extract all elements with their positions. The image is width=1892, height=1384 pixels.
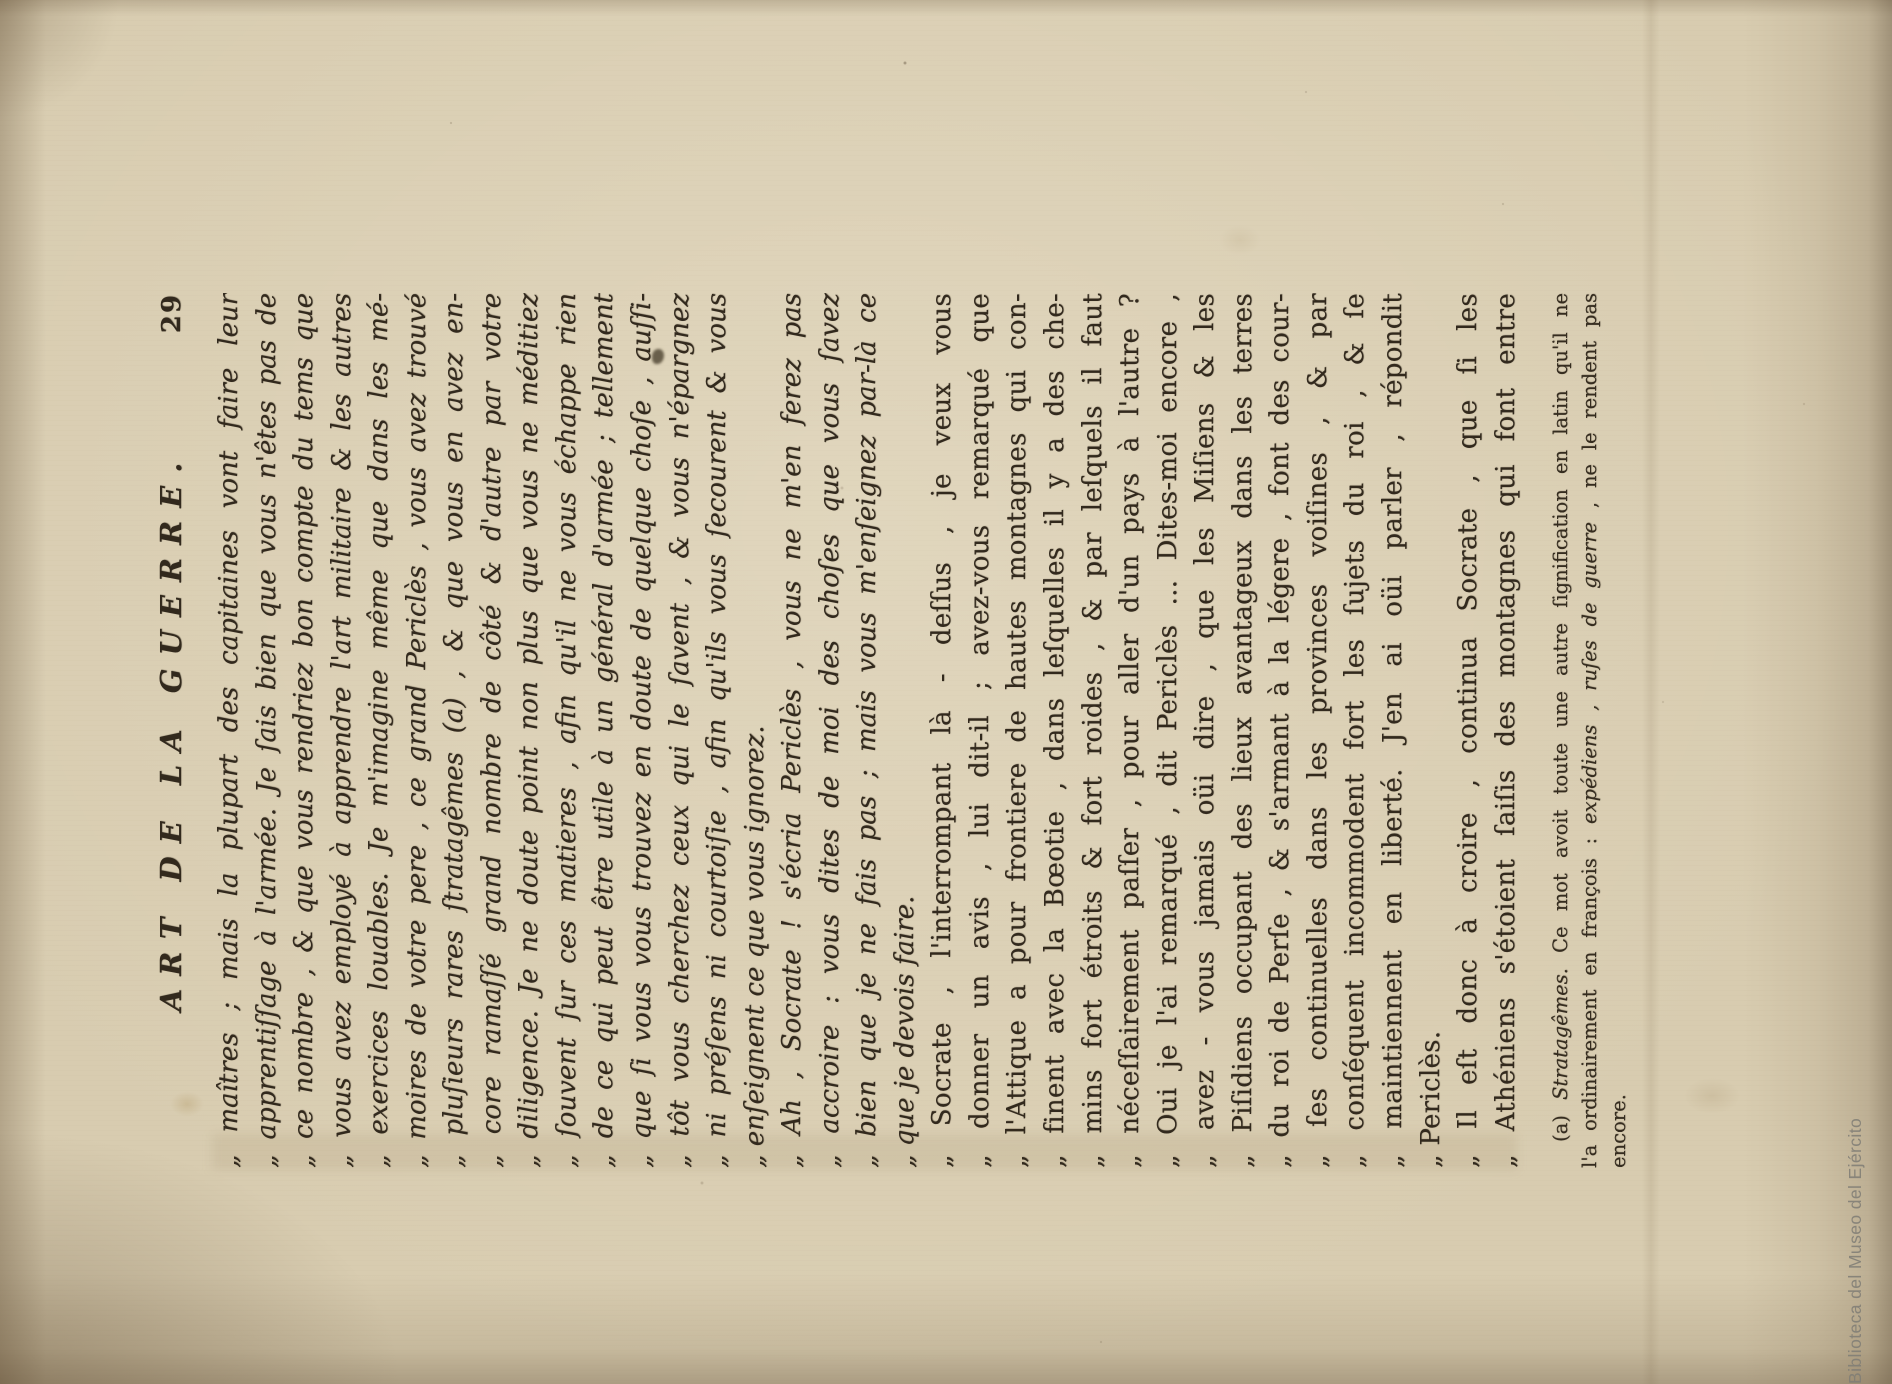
body-text: „ maîtres ; mais la plupart des capitain…: [211, 293, 1525, 1168]
text-line: „ l'Attique a pour frontiere de hautes m…: [999, 293, 1037, 1168]
running-header: ART DE LA GUERRE. 29: [154, 293, 202, 1168]
text-line: „ finent avec la Bœotie , dans leſquelle…: [1037, 293, 1075, 1168]
text-line: „ core ramaſſé grand nombre de côté & d'…: [474, 293, 512, 1168]
running-header-title: ART DE LA GUERRE.: [154, 293, 188, 1168]
scanned-book-page: ART DE LA GUERRE. 29 „ maîtres ; mais la…: [0, 0, 1892, 1384]
text-line: „ Periclès.: [1413, 293, 1451, 1168]
text-line: „ diligence. Je ne doute point non plus …: [511, 293, 549, 1168]
text-line: „ ſes continuelles dans les provinces vo…: [1300, 293, 1338, 1168]
paper-crease: [1642, 0, 1660, 1384]
footnote-text: encore.: [1607, 1094, 1630, 1168]
text-line: „ donner un avis , lui dit-il ; avez-vou…: [962, 293, 1000, 1168]
footnote-term: expédiens , ruſes de guerre: [1578, 508, 1601, 824]
text-line: „ que ſi vous vous trouvez en doute de q…: [624, 293, 662, 1168]
text-line: „ de ce qui peut être utile à un général…: [586, 293, 624, 1168]
page-content-rotated: ART DE LA GUERRE. 29 „ maîtres ; mais la…: [150, 293, 1640, 1168]
text-line: „ ſouvent ſur ces matieres , afin qu'il …: [549, 293, 587, 1168]
footnote-line: l'a ordinairement en françois : expédien…: [1575, 293, 1604, 1168]
text-line: „ tôt vous cherchez ceux qui le ſavent ,…: [662, 293, 700, 1168]
paper-corner-shadow-top: [0, 0, 120, 120]
text-line: „ néceſſairement paſſer , pour aller d'u…: [1112, 293, 1150, 1168]
paper-edge-shadow-right: [1742, 0, 1892, 1384]
footnote-text: , ne le rendent pas: [1578, 293, 1601, 508]
footnote: (a) Stratagêmes. Ce mot avoit toute une …: [1546, 293, 1633, 1168]
paper-edge-shadow-top: [0, 0, 1892, 16]
text-line: „ maintiennent en liberté. J'en ai oüi p…: [1375, 293, 1413, 1168]
library-watermark: Biblioteca del Museo del Ejército: [1845, 1014, 1866, 1384]
text-line: „ maîtres ; mais la plupart des capitain…: [211, 293, 249, 1168]
text-line: „ du roi de Perſe , & s'armant à la lége…: [1262, 293, 1300, 1168]
text-line: „ moires de votre pere , ce grand Pericl…: [399, 293, 437, 1168]
footnote-marker: (a): [1549, 1100, 1572, 1142]
text-line: „ pluſieurs rares ſtratagêmes (a) , & qu…: [436, 293, 474, 1168]
text-line: „ vous avez employé à apprendre l'art mi…: [324, 293, 362, 1168]
text-line: „ Piſidiens occupant des lieux avantageu…: [1225, 293, 1263, 1168]
text-line: „ accroire : vous dites de moi des choſe…: [812, 293, 850, 1168]
text-line: „ ce nombre , & que vous rendriez bon co…: [286, 293, 324, 1168]
footnote-line: (a) Stratagêmes. Ce mot avoit toute une …: [1546, 293, 1575, 1168]
text-line: „ conſéquent incommodent fort les ſujets…: [1337, 293, 1375, 1168]
text-line: „ Oui je l'ai remarqué , dit Periclès ..…: [1150, 293, 1188, 1168]
text-line: „ enſeignent ce que vous ignorez.: [737, 293, 775, 1168]
text-line: „ avez - vous jamais oüi dire , que les …: [1187, 293, 1225, 1168]
text-line: „ apprentiſſage à l'armée. Je ſais bien …: [249, 293, 287, 1168]
footnote-text: Ce mot avoit toute une autre ſignificati…: [1549, 293, 1572, 953]
text-line: „ ni préſens ni courtoiſie , afin qu'ils…: [699, 293, 737, 1168]
text-line: „ Socrate , l'interrompant là - deſſus ,…: [924, 293, 962, 1168]
footnote-text: l'a ordinairement en françois :: [1578, 824, 1601, 1168]
text-line: „ mins fort étroits & fort roides , & pa…: [1075, 293, 1113, 1168]
text-line: „ bien que je ne fais pas ; mais vous m'…: [849, 293, 887, 1168]
text-line: „ Ah , Socrate ! s'écria Periclès , vous…: [774, 293, 812, 1168]
footnote-line: encore.: [1604, 293, 1633, 1168]
footnote-term: Stratagêmes.: [1549, 953, 1572, 1100]
page-number: 29: [157, 293, 187, 333]
text-line: „ que je devois faire.: [887, 293, 925, 1168]
text-line: „ Athéniens s'étoient ſaiſis des montagn…: [1488, 293, 1526, 1168]
text-line: „ Il eſt donc à croire , continua Socrat…: [1450, 293, 1488, 1168]
text-line: „ exercices louables. Je m'imagine même …: [361, 293, 399, 1168]
